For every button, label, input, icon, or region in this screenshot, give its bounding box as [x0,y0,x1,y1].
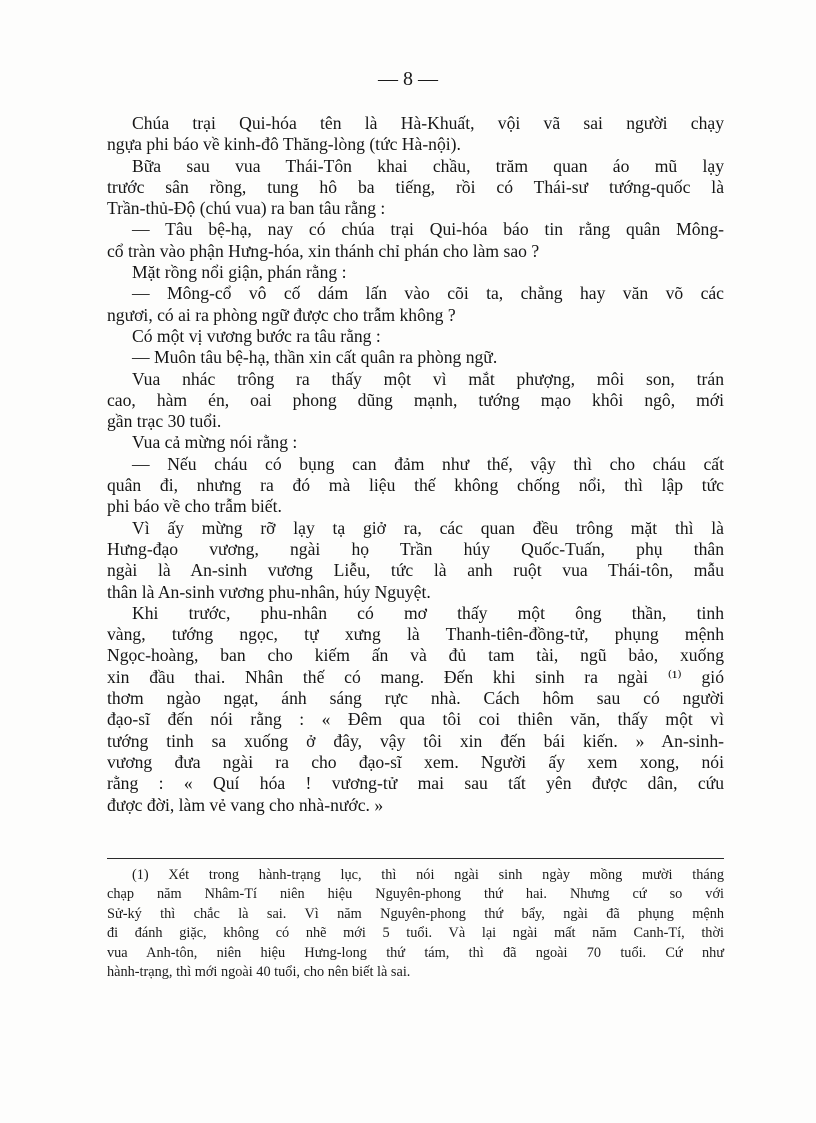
text-line: Chúa trại Qui-hóa tên là Hà-Khuất, vội v… [107,113,724,134]
footnote-divider [107,858,724,859]
paragraph: Có một vị vương bước ra tâu rằng : [107,326,724,347]
text-line: Hưng-đạo vương, ngài họ Trần húy Quốc-Tu… [107,539,724,560]
text-line: Vua nhác trông ra thấy một vì mắt phượng… [107,369,724,390]
main-text: Chúa trại Qui-hóa tên là Hà-Khuất, vội v… [107,113,724,816]
text-line: Có một vị vương bước ra tâu rằng : [107,326,724,347]
paragraph: Bữa sau vua Thái-Tôn khai chầu, trăm qua… [107,156,724,220]
footnote-line: hành-trạng, thì mới ngoài 40 tuổi, cho n… [107,963,724,982]
text-line: vàng, tướng ngọc, tự xưng là Thanh-tiên-… [107,624,724,645]
text-line: trước sân rồng, tung hô ba tiếng, rồi có… [107,177,724,198]
text-line: quân đi, nhưng ra đó mà liệu thế không c… [107,475,724,496]
text-line: phi báo về cho trẫm biết. [107,496,724,517]
paragraph: — Muôn tâu bệ-hạ, thần xin cất quân ra p… [107,347,724,368]
text-line: đạo-sĩ đến nói rằng : « Đêm qua tôi coi … [107,709,724,730]
text-line: Vì ấy mừng rỡ lạy tạ giở ra, các quan đề… [107,518,724,539]
text-line: xin đầu thai. Nhân thế có mang. Đến khi … [107,667,724,688]
text-line: gần trạc 30 tuổi. [107,411,724,432]
text-line: — Muôn tâu bệ-hạ, thần xin cất quân ra p… [107,347,724,368]
text-line: tướng tinh sa xuống ở đây, vậy tôi xin đ… [107,731,724,752]
text-line: được đời, làm vẻ vang cho nhà-nước. » [107,795,724,816]
text-line: thơm ngào ngạt, ánh sáng rực nhà. Cách h… [107,688,724,709]
text-line: — Tâu bệ-hạ, nay có chúa trại Qui-hóa bá… [107,219,724,240]
text-line: thân là An-sinh vương phu-nhân, húy Nguy… [107,582,724,603]
text-line: Khi trước, phu-nhân có mơ thấy một ông t… [107,603,724,624]
paragraph: Mặt rồng nổi giận, phán rằng : [107,262,724,283]
document-page: — 8 — Chúa trại Qui-hóa tên là Hà-Khuất,… [0,0,816,1123]
page-number: — 8 — [0,68,816,91]
text-line: cổ tràn vào phận Hưng-hóa, xin thánh chỉ… [107,241,724,262]
footnote: (1) Xét trong hành-trạng lục, thì nói ng… [107,866,724,982]
text-line: — Nếu cháu có bụng can đảm như thế, vậy … [107,454,724,475]
paragraph: Vua cả mừng nói rằng : [107,432,724,453]
footnote-line: Sử-ký thì chắc là sai. Vì năm Nguyên-pho… [107,905,724,924]
text-line: rằng : « Quí hóa ! vương-tử mai sau tất … [107,773,724,794]
text-line: vương đưa ngài ra cho đạo-sĩ xem. Người … [107,752,724,773]
text-line: ngài là An-sinh vương Liễu, tức là anh r… [107,560,724,581]
footnote-line: (1) Xét trong hành-trạng lục, thì nói ng… [107,866,724,885]
paragraph: — Mông-cổ vô cố dám lấn vào cõi ta, chẳn… [107,283,724,326]
text-line: cao, hàm én, oai phong dũng mạnh, tướng … [107,390,724,411]
text-line: Vua cả mừng nói rằng : [107,432,724,453]
text-line: — Mông-cổ vô cố dám lấn vào cõi ta, chẳn… [107,283,724,304]
paragraph: Khi trước, phu-nhân có mơ thấy một ông t… [107,603,724,816]
paragraph: — Nếu cháu có bụng can đảm như thế, vậy … [107,454,724,518]
text-line: Mặt rồng nổi giận, phán rằng : [107,262,724,283]
text-line: Ngọc-hoàng, ban cho kiếm ấn và đủ tam tà… [107,645,724,666]
footnote-line: chạp năm Nhâm-Tí niên hiệu Nguyên-phong … [107,885,724,904]
footnote-line: đi đánh giặc, không có nhẽ mới 5 tuổi. V… [107,924,724,943]
text-line: ngựa phi báo về kinh-đô Thăng-lòng (tức … [107,134,724,155]
footnote-line: vua Anh-tôn, niên hiệu Hưng-long thứ tám… [107,944,724,963]
text-line: ngươi, có ai ra phòng ngữ được cho trẫm … [107,305,724,326]
paragraph: Chúa trại Qui-hóa tên là Hà-Khuất, vội v… [107,113,724,156]
paragraph: Vua nhác trông ra thấy một vì mắt phượng… [107,369,724,433]
paragraph: Vì ấy mừng rỡ lạy tạ giở ra, các quan đề… [107,518,724,603]
paragraph: — Tâu bệ-hạ, nay có chúa trại Qui-hóa bá… [107,219,724,262]
text-line: Bữa sau vua Thái-Tôn khai chầu, trăm qua… [107,156,724,177]
text-line: Trần-thủ-Độ (chú vua) ra ban tâu rằng : [107,198,724,219]
